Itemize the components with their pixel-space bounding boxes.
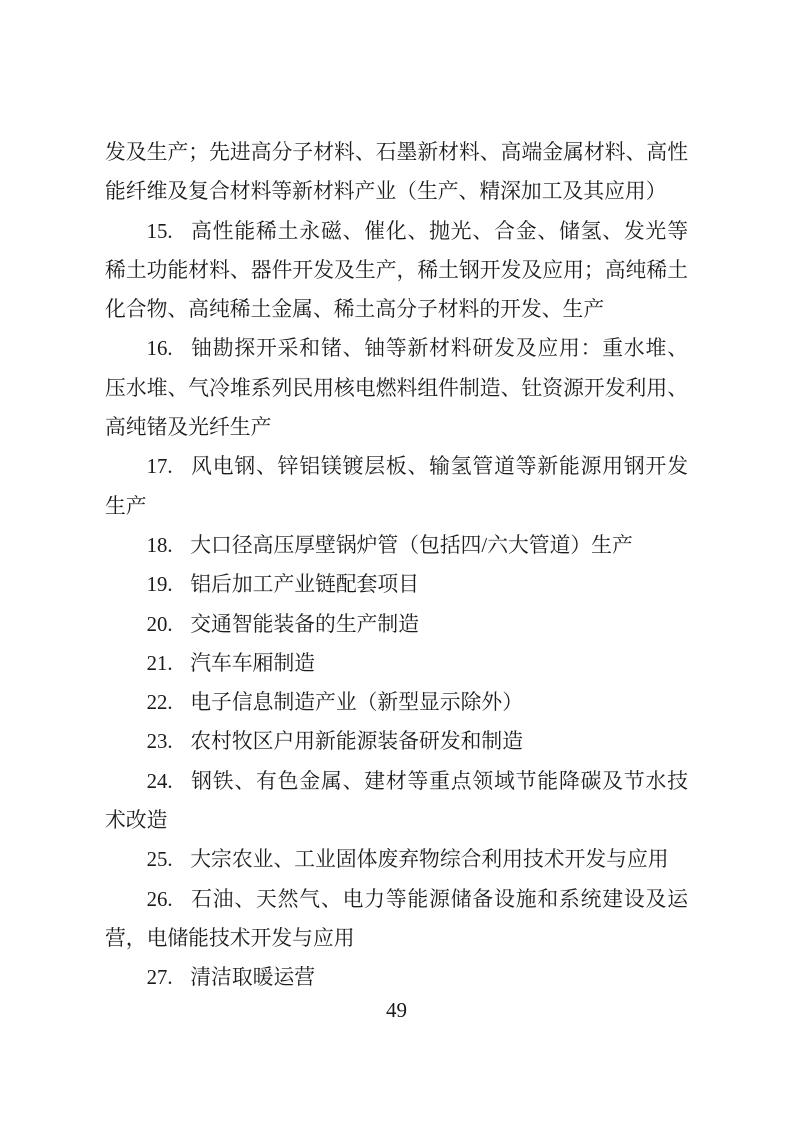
item-number: 16. [147,337,173,360]
page-number: 49 [386,998,407,1022]
item-text: 铀勘探开采和锗、铀等新材料研发及应用：重水堆、压水堆、气冷堆系列民用核电燃料组件… [105,337,688,439]
list-item-15: 15.高性能稀土永磁、催化、抛光、合金、储氢、发光等稀土功能材料、器件开发及生产… [105,212,688,330]
list-item-19: 19.铝后加工产业链配套项目 [105,565,688,604]
item-text: 石油、天然气、电力等能源储备设施和系统建设及运营，电储能技术开发与应用 [105,888,688,950]
item-number: 27. [147,966,173,989]
item-text: 交通智能装备的生产制造 [190,613,419,636]
paragraph-continuation: 发及生产；先进高分子材料、石墨新材料、高端金属材料、高性能纤维及复合材料等新材料… [105,133,688,212]
item-text: 农村牧区户用新能源装备研发和制造 [190,730,523,753]
item-number: 17. [147,455,173,478]
item-text: 风电钢、锌铝镁镀层板、输氢管道等新能源用钢开发生产 [105,455,688,517]
list-item-24: 24.钢铁、有色金属、建材等重点领域节能降碳及节水技术改造 [105,762,688,841]
item-number: 20. [147,613,173,636]
list-item-27: 27.清洁取暖运营 [105,958,688,997]
item-number: 24. [147,770,173,793]
item-number: 15. [147,220,173,243]
item-number: 18. [147,534,173,557]
item-number: 26. [147,888,173,911]
item-text: 大宗农业、工业固体废弃物综合利用技术开发与应用 [190,848,668,871]
list-item-22: 22.电子信息制造产业（新型显示除外） [105,683,688,722]
list-item-17: 17.风电钢、锌铝镁镀层板、输氢管道等新能源用钢开发生产 [105,447,688,526]
page-footer: 49 [0,998,793,1022]
paragraph-text: 发及生产；先进高分子材料、石墨新材料、高端金属材料、高性能纤维及复合材料等新材料… [105,141,688,203]
item-text: 清洁取暖运营 [190,966,315,989]
item-text: 钢铁、有色金属、建材等重点领域节能降碳及节水技术改造 [105,770,688,832]
list-item-20: 20.交通智能装备的生产制造 [105,605,688,644]
item-number: 21. [147,652,173,675]
item-number: 23. [147,730,173,753]
item-text: 大口径高压厚壁锅炉管（包括四/六大管道）生产 [190,534,633,557]
item-text: 铝后加工产业链配套项目 [190,573,419,596]
list-item-21: 21.汽车车厢制造 [105,644,688,683]
item-number: 22. [147,691,173,714]
item-text: 电子信息制造产业（新型显示除外） [190,691,523,714]
item-text: 汽车车厢制造 [190,652,315,675]
item-number: 25. [147,848,173,871]
list-item-16: 16.铀勘探开采和锗、铀等新材料研发及应用：重水堆、压水堆、气冷堆系列民用核电燃… [105,329,688,447]
item-text: 高性能稀土永磁、催化、抛光、合金、储氢、发光等稀土功能材料、器件开发及生产，稀土… [105,220,688,322]
list-item-23: 23.农村牧区户用新能源装备研发和制造 [105,722,688,761]
list-item-18: 18.大口径高压厚壁锅炉管（包括四/六大管道）生产 [105,526,688,565]
item-number: 19. [147,573,173,596]
document-page: 发及生产；先进高分子材料、石墨新材料、高端金属材料、高性能纤维及复合材料等新材料… [0,0,793,1122]
document-body: 发及生产；先进高分子材料、石墨新材料、高端金属材料、高性能纤维及复合材料等新材料… [105,133,688,998]
list-item-25: 25.大宗农业、工业固体废弃物综合利用技术开发与应用 [105,840,688,879]
list-item-26: 26.石油、天然气、电力等能源储备设施和系统建设及运营，电储能技术开发与应用 [105,880,688,959]
